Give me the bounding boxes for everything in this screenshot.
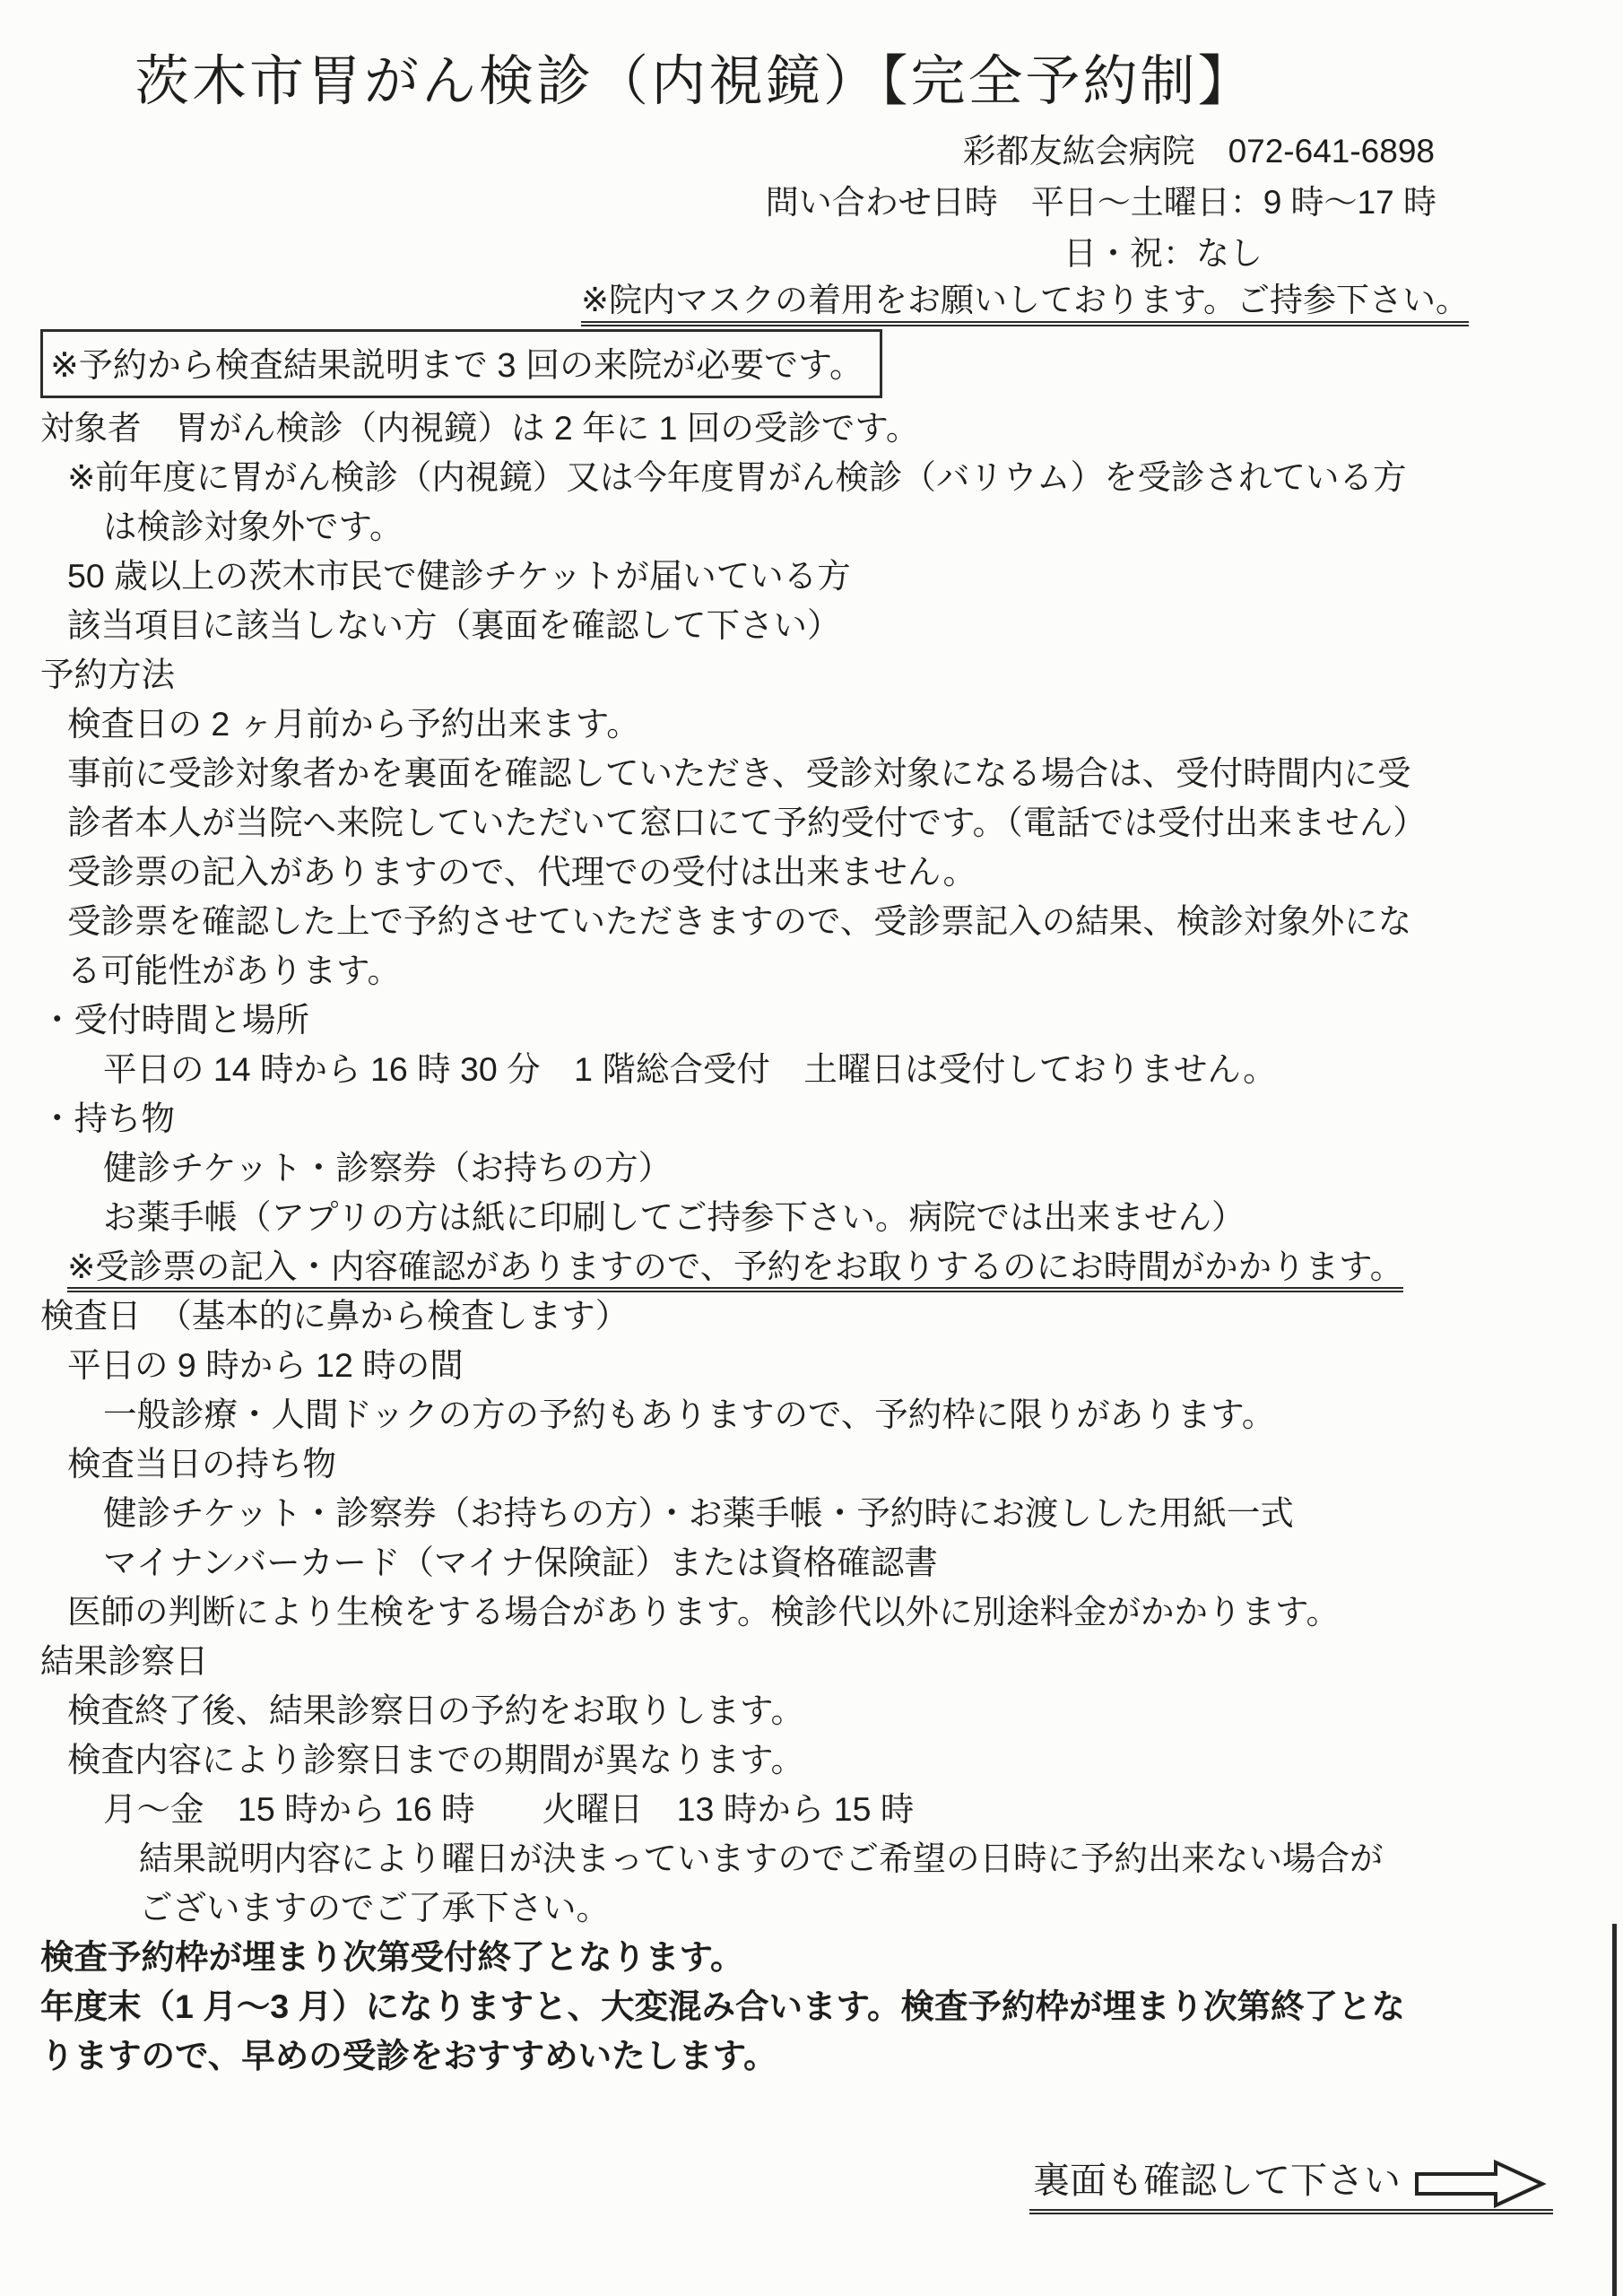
body-line: 受診票の記入がありますので、代理での受付は出来ません。 [40, 848, 1605, 897]
body-line: 月～金 15 時から 16 時 火曜日 13 時から 15 時 [40, 1785, 1605, 1834]
back-side-note: 裏面も確認して下さい [1029, 2151, 1553, 2214]
body-line: 予約方法 [40, 650, 1605, 700]
body-line-bold: 年度末（1 月～3 月）になりますと、大変混み合います。検査予約枠が埋まり次第終… [40, 1982, 1605, 2031]
body-line: る可能性があります。 [40, 946, 1605, 996]
body-line: 検査終了後、結果診察日の予約をお取りします。 [40, 1686, 1605, 1735]
body-line: 平日の 14 時から 16 時 30 分 1 階総合受付 土曜日は受付しておりま… [40, 1045, 1605, 1094]
visit-count-box-wrap: ※予約から検査結果説明まで 3 回の来院が必要です。 [40, 329, 1623, 398]
body-line: 対象者 胃がん検診（内視鏡）は 2 年に 1 回の受診です。 [40, 404, 1605, 453]
closed-days-line: 日・祝：なし [0, 228, 1623, 279]
page-title: 茨木市胃がん検診（内視鏡）【完全予約制】 [135, 45, 1623, 117]
body-line: 該当項目に該当しない方（裏面を確認して下さい） [40, 601, 1605, 650]
body-line: は検診対象外です。 [40, 502, 1605, 552]
body-line-underlined: ※受診票の記入・内容確認がありますので、予約をお取りするのにお時間がかかります。 [40, 1242, 1605, 1291]
body-line: マイナンバーカード（マイナ保険証）または資格確認書 [40, 1538, 1605, 1587]
body-line: 検査内容により診察日までの期間が異なります。 [40, 1735, 1605, 1785]
right-block-arrow-icon [1413, 2158, 1548, 2210]
body-line: 一般診療・人間ドックの方の予約もありますので、予約枠に限りがあります。 [40, 1390, 1605, 1439]
scan-edge-artifact [1612, 1924, 1617, 2296]
body-line: 検査当日の持ち物 [40, 1439, 1605, 1489]
reservation-time-warning: ※受診票の記入・内容確認がありますので、予約をお取りするのにお時間がかかります。 [67, 1248, 1403, 1292]
body-line: 診者本人が当院へ来院していただいて窓口にて予約受付です。（電話では受付出来ません… [40, 798, 1605, 848]
body-line-bold: 検査予約枠が埋まり次第受付終了となります。 [40, 1933, 1605, 1982]
body-line: 医師の判断により生検をする場合があります。検診代以外に別途料金がかかります。 [40, 1587, 1605, 1637]
hospital-phone-line: 彩都友紘会病院 072-641-6898 [0, 126, 1623, 177]
body-line: ※前年度に胃がん検診（内視鏡）又は今年度胃がん検診（バリウム）を受診されている方 [40, 453, 1605, 502]
body-line: 事前に受診対象者かを裏面を確認していただき、受診対象になる場合は、受付時間内に受 [40, 749, 1605, 798]
body-line: 50 歳以上の茨木市民で健診チケットが届いている方 [40, 552, 1605, 601]
back-side-note-text: 裏面も確認して下さい [1033, 2151, 1401, 2204]
body-line: 平日の 9 時から 12 時の間 [40, 1341, 1605, 1390]
visit-count-box: ※予約から検査結果説明まで 3 回の来院が必要です。 [40, 329, 882, 398]
body-line: 健診チケット・診察券（お持ちの方） [40, 1144, 1605, 1193]
body-line-bold: りますので、早めの受診をおすすめいたします。 [40, 2031, 1605, 2081]
mask-notice-text: ※院内マスクの着用をお願いしております。ご持参下さい。 [581, 282, 1469, 326]
scanned-notice-page: 茨木市胃がん検診（内視鏡）【完全予約制】 彩都友紘会病院 072-641-689… [0, 0, 1623, 2296]
mask-notice: ※院内マスクの着用をお願いしております。ご持参下さい。 [0, 279, 1623, 322]
body-line: ・持ち物 [40, 1094, 1605, 1144]
inquiry-hours-line: 問い合わせ日時 平日～土曜日：9 時～17 時 [0, 177, 1623, 228]
body-line: 結果診察日 [40, 1637, 1605, 1686]
body-line: お薬手帳（アプリの方は紙に印刷してご持参下さい。病院では出来ません） [40, 1193, 1605, 1242]
body-line: 受診票を確認した上で予約させていただきますので、受診票記入の結果、検診対象外にな [40, 897, 1605, 946]
body-line: 結果説明内容により曜日が決まっていますのでご希望の日時に予約出来ない場合が [40, 1834, 1605, 1883]
body-line: ございますのでご了承下さい。 [40, 1883, 1605, 1933]
body-line: 検査日 （基本的に鼻から検査します） [40, 1291, 1605, 1341]
body-line: 検査日の 2 ヶ月前から予約出来ます。 [40, 700, 1605, 749]
contact-block: 彩都友紘会病院 072-641-6898 問い合わせ日時 平日～土曜日：9 時～… [0, 126, 1623, 279]
body-line: 健診チケット・診察券（お持ちの方）・お薬手帳・予約時にお渡しした用紙一式 [40, 1489, 1605, 1538]
body-text: 対象者 胃がん検診（内視鏡）は 2 年に 1 回の受診です。 ※前年度に胃がん検… [0, 404, 1623, 2081]
body-line: ・受付時間と場所 [40, 996, 1605, 1045]
